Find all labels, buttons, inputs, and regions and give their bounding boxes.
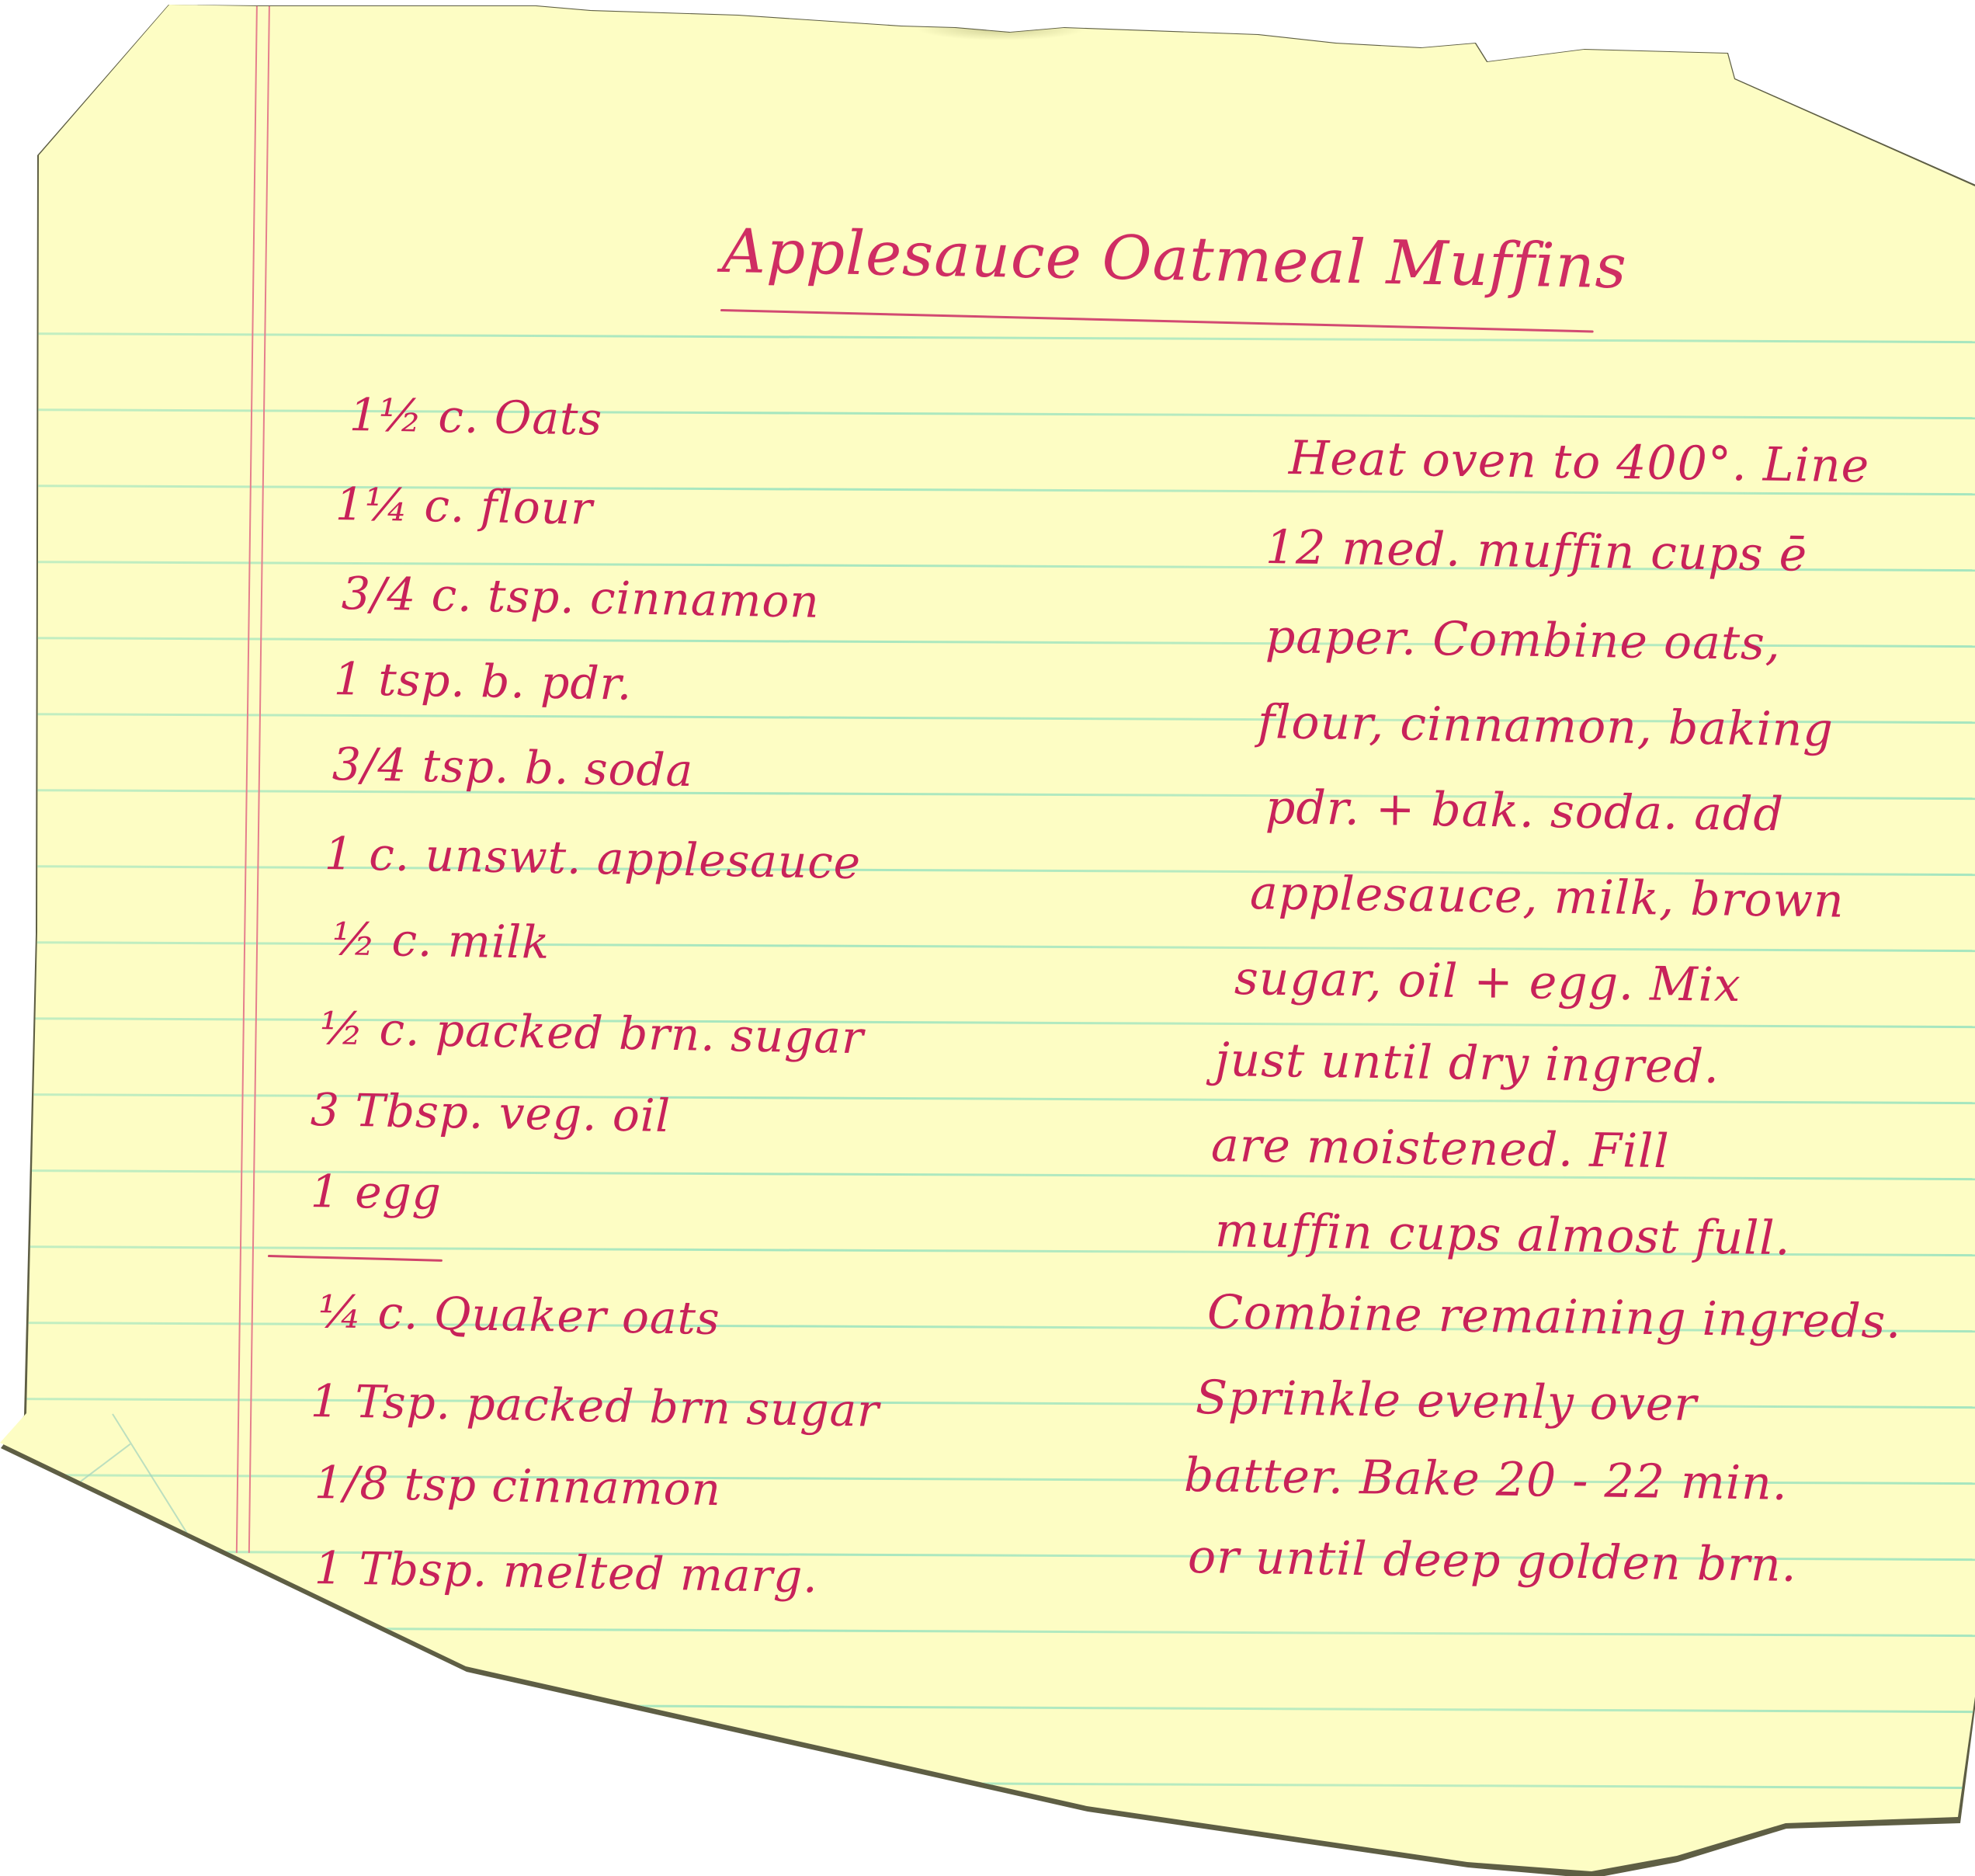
direction-line: Heat oven to 400°. Line — [1289, 435, 1870, 489]
margin-line-right — [248, 0, 270, 1553]
direction-line: or until deep golden brn. — [1188, 1534, 1798, 1589]
direction-line: are moistened. Fill — [1211, 1122, 1670, 1175]
direction-line: paper. Combine oats, — [1265, 613, 1782, 667]
margin-line-left — [236, 0, 258, 1553]
ingredient-item: 1 tsp. b. pdr. — [333, 656, 632, 707]
folded-margin-mark — [168, 1610, 224, 1677]
ingredient-item: 1 egg — [310, 1169, 442, 1216]
ingredient-item: 1 c. unswt. applesauce — [324, 831, 861, 885]
ruled-line — [0, 1093, 1975, 1104]
title-underline — [720, 309, 1594, 332]
direction-line: Sprinkle evenly over — [1196, 1374, 1698, 1428]
fold-crease — [112, 1413, 343, 1783]
fold-crease — [30, 1518, 229, 1835]
ingredient-item: ½ c. packed brn. sugar — [319, 1006, 864, 1060]
paper-crease — [916, 17, 1087, 40]
ruled-line — [0, 1626, 1975, 1637]
recipe-title: Applesauce Oatmeal Muffins — [721, 221, 1627, 297]
topping-item: 1 Tsp. packed brn sugar — [310, 1378, 880, 1433]
direction-line: batter. Bake 20 - 22 min. — [1184, 1452, 1789, 1507]
direction-line: applesauce, milk, brown — [1250, 870, 1845, 925]
ingredient-item: 3/4 c. tsp. cinnamon — [341, 571, 820, 624]
direction-line: Combine remaining ingreds. — [1207, 1289, 1902, 1345]
direction-line: flour, cinnamon, baking — [1258, 699, 1834, 753]
direction-line: pdr. + bak. soda. add — [1265, 784, 1785, 838]
ruled-line — [0, 941, 1975, 952]
topping-item: 1/8 tsp cinnamon — [314, 1460, 721, 1512]
ingredient-item: 1¼ c. flour — [335, 481, 593, 531]
direction-line: muffin cups almost full. — [1215, 1207, 1791, 1262]
ingredient-item: 3 Tbsp. veg. oil — [310, 1087, 671, 1138]
section-divider-mark — [268, 1255, 443, 1262]
direction-line: just until dry ingred. — [1215, 1037, 1720, 1090]
folded-margin-mark — [176, 1618, 232, 1685]
ruled-line — [0, 332, 1975, 343]
direction-line: 12 med. muffin cups ē — [1265, 524, 1808, 578]
legal-pad-sheet: Applesauce Oatmeal Muffins 1½ c. Oats 1¼… — [0, 0, 1975, 1876]
ingredient-item: ½ c. milk — [331, 916, 550, 965]
ingredient-item: 1½ c. Oats — [349, 392, 602, 442]
ingredient-item: 3/4 tsp. b. soda — [331, 742, 693, 793]
direction-line: sugar, oil + egg. Mix — [1234, 955, 1741, 1009]
topping-item: ¼ c. Quaker oats — [318, 1289, 720, 1341]
topping-item: 1 Tbsp. melted marg. — [314, 1545, 818, 1599]
ruled-line — [0, 408, 1975, 419]
ruled-line — [0, 1017, 1975, 1028]
ruled-line — [0, 1169, 1975, 1180]
ruled-line — [0, 1702, 1975, 1713]
fold-crease — [30, 1443, 130, 1520]
